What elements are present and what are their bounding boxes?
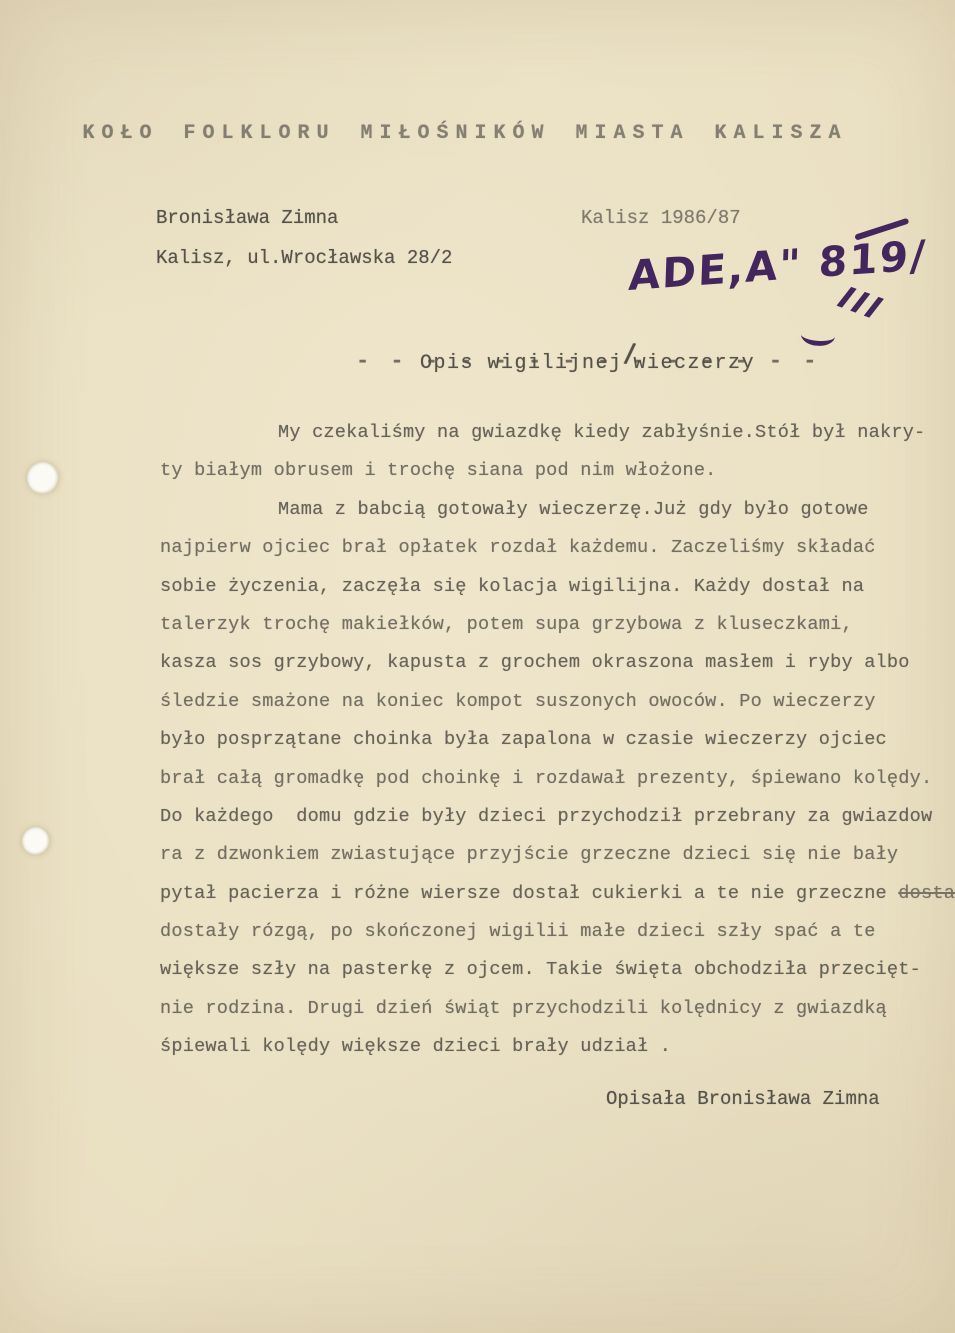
document-header: KOŁO FOLKLORU MIŁOŚNIKÓW MIASTA KALISZA xyxy=(0,122,930,145)
struck-out-word: dosta xyxy=(898,883,955,904)
scanned-document-page: KOŁO FOLKLORU MIŁOŚNIKÓW MIASTA KALISZA … xyxy=(0,0,955,1333)
body-line: najpierw ojciec brał opłatek rozdał każd… xyxy=(160,529,905,567)
body-line: Mama z babcią gotowały wieczerzę.Już gdy… xyxy=(160,491,905,529)
body-line: było posprzątane choinka była zapalona w… xyxy=(160,721,905,759)
body-line: pytał pacierza i różne wiersze dostał cu… xyxy=(160,875,905,913)
punch-hole-top xyxy=(27,462,59,494)
signature-line: Opisała Bronisława Zimna xyxy=(606,1088,880,1110)
body-line: dostały rózgą, po skończonej wigilii mał… xyxy=(160,913,905,951)
body-line: śpiewali kolędy większe dzieci brały udz… xyxy=(160,1028,905,1066)
annotation-fraction-text: III xyxy=(829,281,893,326)
body-line: śledzie smażone na koniec kompot suszony… xyxy=(160,683,905,721)
body-text: My czekaliśmy na gwiazdkę kiedy zabłyśni… xyxy=(160,414,905,1067)
body-line: ty białym obrusem i trochę siana pod nim… xyxy=(160,452,905,490)
title-dashed-underline: - - - - - - - - - - - - - - xyxy=(356,349,817,374)
body-line: większe szły na pasterkę z ojcem. Takie … xyxy=(160,951,905,989)
body-line: ra z dzwonkiem zwiastujące przyjście grz… xyxy=(160,836,905,874)
annotation-hook-stroke xyxy=(800,324,835,347)
body-line: brał całą gromadkę pod choinkę i rozdawa… xyxy=(160,760,905,798)
body-line: Do każdego domu gdzie były dzieci przych… xyxy=(160,798,905,836)
body-line: sobie życzenia, zaczęła się kolacja wigi… xyxy=(160,568,905,606)
body-line: kasza sos grzybowy, kapusta z grochem ok… xyxy=(160,644,905,682)
body-line: nie rodzina. Drugi dzień świąt przychodz… xyxy=(160,990,905,1028)
punch-hole-bottom xyxy=(22,827,50,855)
annotation-text: ADE,A" 819/ xyxy=(628,231,928,300)
author-name: Bronisława Zimna xyxy=(156,207,338,229)
author-address: Kalisz, ul.Wrocławska 28/2 xyxy=(156,247,452,269)
body-line: My czekaliśmy na gwiazdkę kiedy zabłyśni… xyxy=(160,414,905,452)
body-line: talerzyk trochę makiełków, potem supa gr… xyxy=(160,606,905,644)
place-and-date: Kalisz 1986/87 xyxy=(581,207,741,229)
